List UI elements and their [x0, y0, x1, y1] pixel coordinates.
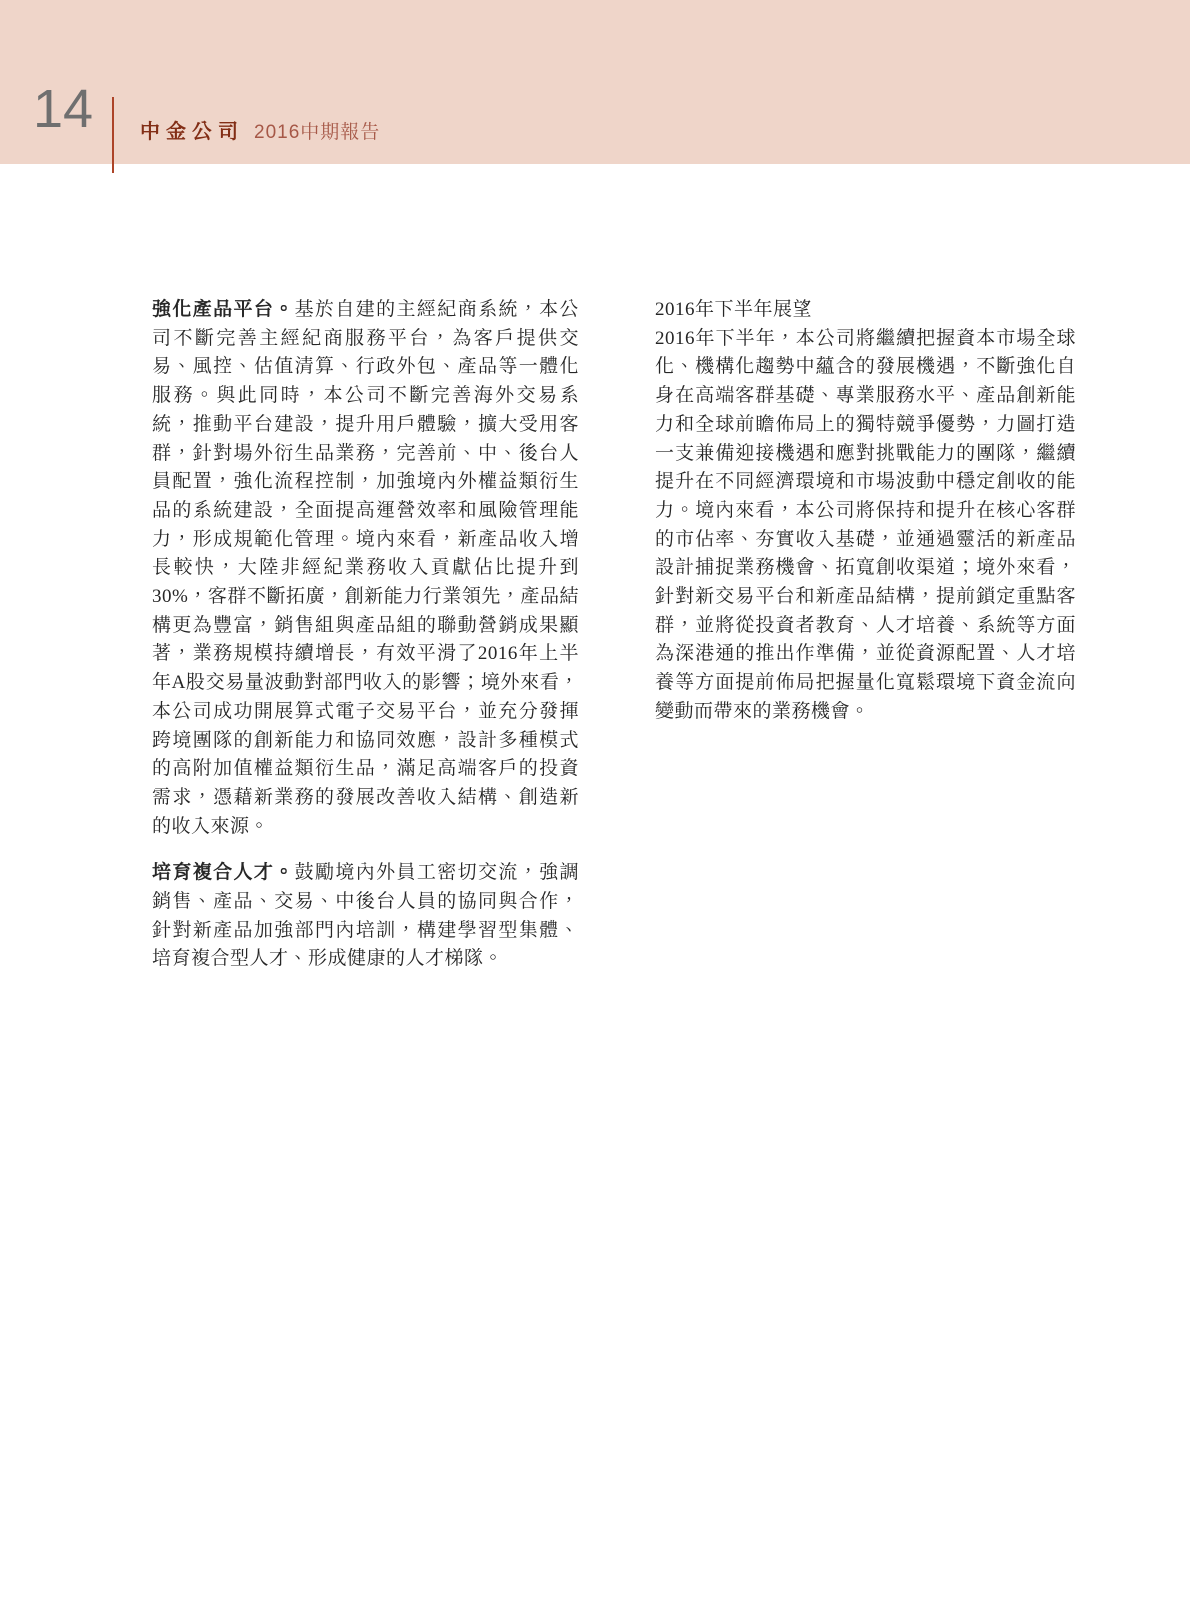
paragraph-body: 2016年下半年，本公司將繼續把握資本市場全球化、機構化趨勢中蘊含的發展機遇，不…	[655, 328, 1076, 722]
report-title: 2016中期報告	[254, 122, 380, 143]
header-divider-line	[112, 97, 114, 173]
paragraph-talent: 培育複合人才。鼓勵境內外員工密切交流，強調銷售、產品、交易、中後台人員的協同與合…	[152, 859, 579, 974]
paragraph-lead: 強化產品平台。	[152, 299, 295, 320]
right-column: 2016年下半年展望 2016年下半年，本公司將繼續把握資本市場全球化、機構化趨…	[655, 296, 1076, 727]
page-number: 14	[33, 82, 93, 136]
outlook-heading: 2016年下半年展望	[655, 296, 1076, 325]
paragraph-product-platform: 強化產品平台。基於自建的主經紀商系統，本公司不斷完善主經紀商服務平台，為客戶提供…	[152, 296, 579, 841]
paragraph-lead: 培育複合人才。	[152, 862, 295, 883]
company-name: 中金公司	[140, 121, 244, 143]
paragraph-body: 基於自建的主經紀商系統，本公司不斷完善主經紀商服務平台，為客戶提供交易、風控、估…	[152, 299, 579, 837]
report-page: 14 中金公司2016中期報告 強化產品平台。基於自建的主經紀商系統，本公司不斷…	[0, 0, 1190, 1615]
page-header: 14 中金公司2016中期報告	[0, 0, 1190, 164]
outlook-paragraph: 2016年下半年，本公司將繼續把握資本市場全球化、機構化趨勢中蘊含的發展機遇，不…	[655, 325, 1076, 727]
left-column: 強化產品平台。基於自建的主經紀商系統，本公司不斷完善主經紀商服務平台，為客戶提供…	[152, 296, 579, 974]
header-title: 中金公司2016中期報告	[140, 115, 380, 144]
